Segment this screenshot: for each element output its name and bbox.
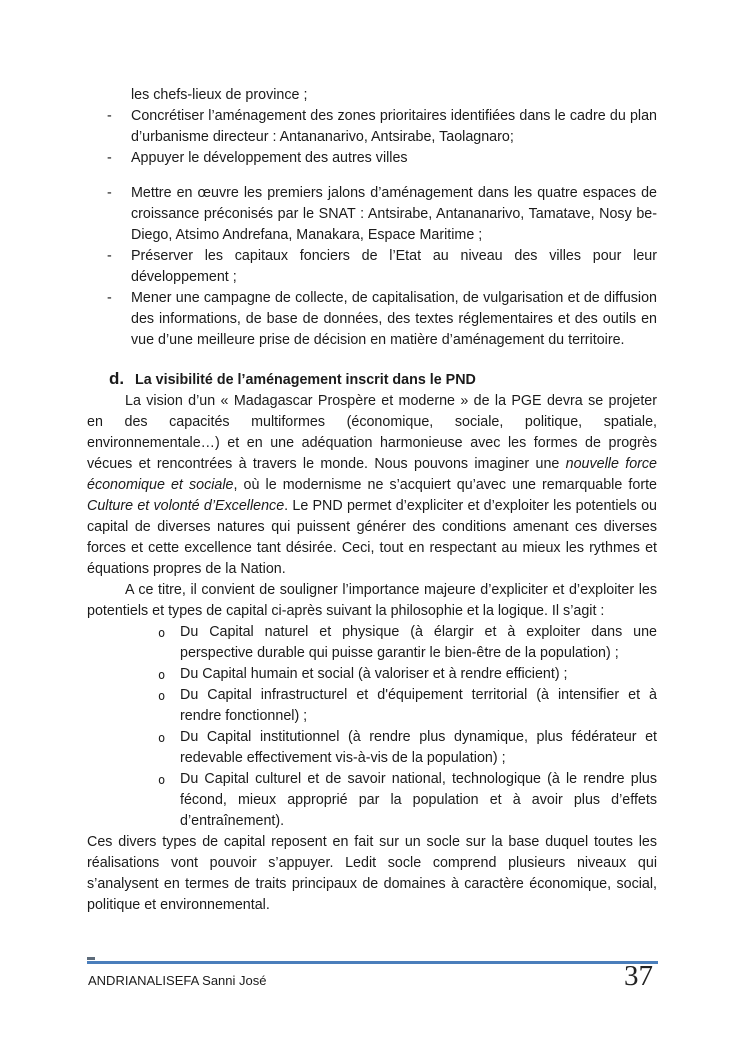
list-item: - Concrétiser l’aménagement des zones pr… [87, 106, 657, 148]
circle-list: o Du Capital naturel et physique (à élar… [87, 622, 657, 832]
circle-bullet-marker: o [158, 623, 165, 644]
section-heading-marker: d. [109, 368, 124, 389]
document-page: les chefs-lieux de province ; - Concréti… [0, 0, 745, 1053]
hyphen-bullet-marker: - [107, 106, 112, 127]
paragraph-socle: Ces divers types de capital reposent en … [87, 832, 657, 916]
paragraph-text: Ces divers types de capital reposent en … [87, 834, 657, 913]
list-item-text: Concrétiser l’aménagement des zones prio… [131, 108, 657, 145]
list-item-text: Appuyer le développement des autres vill… [131, 150, 408, 166]
list-item: - Mettre en œuvre les premiers jalons d’… [87, 183, 657, 246]
list-item-continuation: les chefs-lieux de province ; [87, 85, 657, 106]
hyphen-bullet-marker: - [107, 148, 112, 169]
footer-rule [87, 961, 658, 964]
hyphen-bullet-marker: - [107, 183, 112, 204]
list-item-text: Du Capital culturel et de savoir nationa… [180, 771, 657, 829]
paragraph-titre: A ce titre, il convient de souligner l’i… [87, 580, 657, 622]
list-item: - Préserver les capitaux fonciers de l’E… [87, 246, 657, 288]
circle-bullet-marker: o [158, 665, 165, 686]
list-item: o Du Capital humain et social (à valoris… [87, 664, 657, 685]
list-item: o Du Capital culturel et de savoir natio… [87, 769, 657, 832]
paragraph-segment-italic: Culture et volonté d’Excellence [87, 498, 284, 514]
section-heading-text: La visibilité de l’aménagement inscrit d… [135, 372, 476, 388]
list-item-text: Mettre en œuvre les premiers jalons d’am… [131, 185, 657, 243]
hyphen-bullet-marker: - [107, 288, 112, 309]
list-item-text: Mener une campagne de collecte, de capit… [131, 290, 657, 348]
circle-bullet-marker: o [158, 686, 165, 707]
list-item: - Appuyer le développement des autres vi… [87, 148, 657, 169]
circle-bullet-marker: o [158, 770, 165, 791]
list-item: o Du Capital naturel et physique (à élar… [87, 622, 657, 664]
list-item-text: Du Capital infrastructurel et d'équipeme… [180, 687, 657, 724]
list-item: o Du Capital institutionnel (à rendre pl… [87, 727, 657, 769]
list-item: - Mener une campagne de collecte, de cap… [87, 288, 657, 351]
paragraph-vision: La vision d’un « Madagascar Prospère et … [87, 391, 657, 580]
hyphen-list-a: - Concrétiser l’aménagement des zones pr… [87, 106, 657, 169]
section-heading: d. La visibilité de l’aménagement inscri… [87, 370, 657, 391]
paragraph-segment: , où le modernisme ne s’acquiert qu’avec… [234, 477, 658, 493]
list-item-text: Du Capital naturel et physique (à élargi… [180, 624, 657, 661]
page-number: 37 [624, 960, 653, 993]
footer-author: ANDRIANALISEFA Sanni José [88, 973, 266, 988]
page-body: les chefs-lieux de province ; - Concréti… [87, 85, 657, 916]
list-item-text: les chefs-lieux de province ; [131, 87, 307, 103]
list-item: o Du Capital infrastructurel et d'équipe… [87, 685, 657, 727]
hyphen-list-b: - Mettre en œuvre les premiers jalons d’… [87, 183, 657, 351]
hyphen-bullet-marker: - [107, 246, 112, 267]
footer-rule-tick [87, 957, 95, 960]
list-item-text: Du Capital institutionnel (à rendre plus… [180, 729, 657, 766]
list-item-text: Préserver les capitaux fonciers de l’Eta… [131, 248, 657, 285]
list-item-text: Du Capital humain et social (à valoriser… [180, 666, 568, 682]
paragraph-text: A ce titre, il convient de souligner l’i… [87, 582, 657, 619]
circle-bullet-marker: o [158, 728, 165, 749]
